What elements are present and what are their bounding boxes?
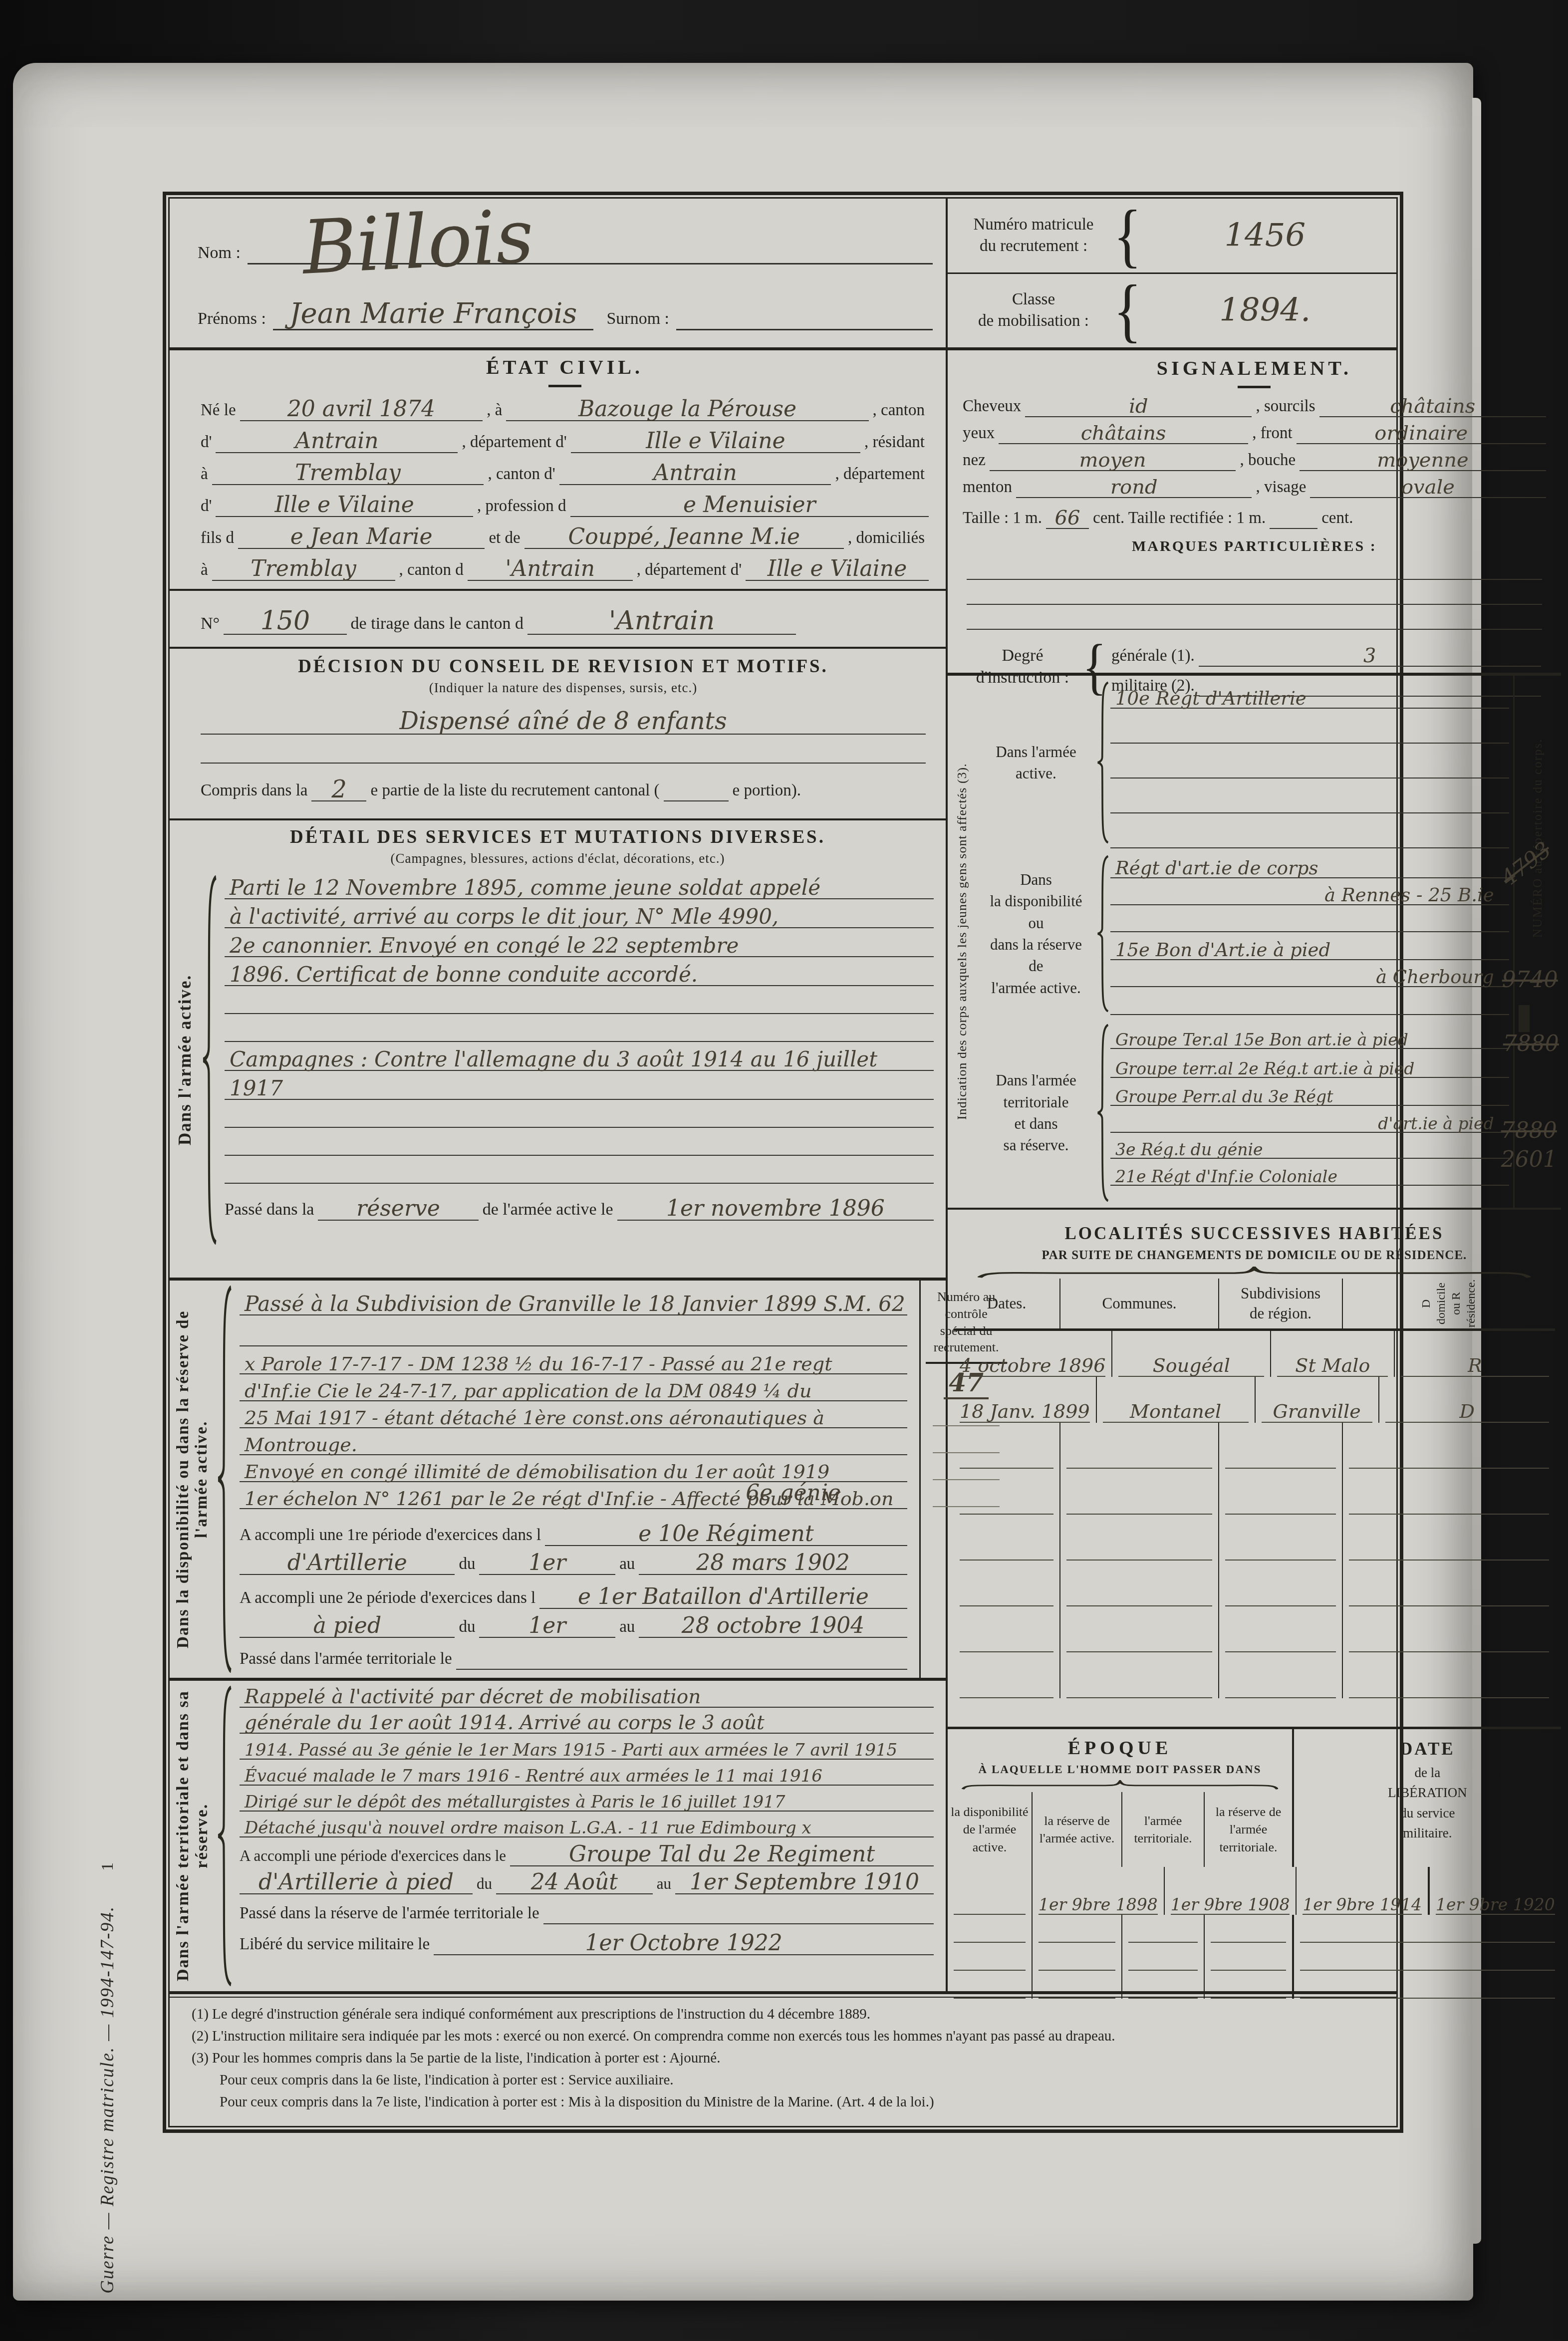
liste-partie-value: 2 <box>311 779 366 801</box>
ruled-line <box>225 1014 934 1042</box>
armee-active-rail: Dans l'armée active. <box>170 870 201 1250</box>
mutation-line: Montrouge. <box>240 1428 907 1455</box>
localites-row: 18 Janv. 1899 Montanel Granville D <box>954 1377 1555 1423</box>
signalement-row: menton rond , visage ovale <box>963 471 1546 498</box>
epoque-value-row: 1er 9bre 1898 1er 9bre 1908 1er 9bre 191… <box>948 1867 1561 1915</box>
ruled-line <box>967 605 1542 630</box>
corps-line: Régt d'art.ie de corps <box>1110 849 1509 878</box>
numero-matricule-label: Numéro matricule du recrutement : <box>959 214 1108 257</box>
epoque-col4-header: la réserve de l'armée territoriale. <box>1204 1792 1292 1867</box>
corps-line: à Cherbourg <box>1110 960 1509 987</box>
footnote-2: (2) L'instruction militaire sera indiqué… <box>192 2025 1376 2047</box>
periode-terr-au: 1er Septembre 1910 <box>675 1872 934 1894</box>
birth-line-2: d' Antrain , département d' Ille e Vilai… <box>201 421 929 453</box>
armee-active-rail-label: Dans l'armée active. <box>170 870 201 1250</box>
service-line: Parti le 12 Novembre 1895, comme jeune s… <box>225 870 934 899</box>
corps-line: 10e Régt d'Artillerie <box>1110 676 1509 709</box>
footnote-1: (1) Le degré d'instruction générale sera… <box>192 2003 1376 2025</box>
numero-repertoire-label: NUMÉRO au répertoire du corps. <box>1515 676 1561 1000</box>
epoque-col2-header: la réserve de l'armée active. <box>1032 1792 1121 1867</box>
domicile-departement: Ille e Vilaine <box>746 558 929 581</box>
loc-subdivision: St Malo <box>1277 1356 1388 1377</box>
decision-subtitle: (Indiquer la nature des dispenses, sursi… <box>201 680 926 696</box>
services-subtitle: (Campagnes, blessures, actions d'éclat, … <box>170 851 946 866</box>
classe-value: 1894. <box>1145 292 1385 329</box>
residence-departement: Ille e Vilaine <box>216 495 473 517</box>
corps-line: Groupe Ter.al 15e Bon art.ie à pied <box>1110 1018 1509 1049</box>
loc-dr: D <box>1385 1402 1549 1423</box>
nom-label: Nom : <box>198 244 241 264</box>
parents-line: fils d e Jean Marie et de Couppé, Jeanne… <box>201 517 929 549</box>
subdivision-line: Passé à la Subdivision de Granville le 1… <box>240 1281 907 1315</box>
curly-brace-icon: { <box>1113 200 1142 271</box>
surnom-label: Surnom : <box>606 309 669 330</box>
father-name: e Jean Marie <box>238 526 485 549</box>
footnote-5: Pour ceux compris dans la 7e liste, l'in… <box>192 2091 1376 2113</box>
horizontal-brace-icon <box>962 1780 1279 1790</box>
nom-row: Nom : Billois <box>198 217 933 264</box>
corps-side-rail: Indication des corps auxquels les jeunes… <box>948 676 977 1208</box>
compris-line: Compris dans la 2 e partie de la liste d… <box>201 764 926 801</box>
ruled-line <box>225 1156 934 1184</box>
disponibilite-content: Passé à la Subdivision de Granville le 1… <box>234 1281 919 1678</box>
bouche-value: moyenne <box>1300 451 1546 471</box>
territoriale-rail-label: Dans l'armée territoriale et dans sa rés… <box>170 1681 216 1991</box>
armee-active-content: Parti le 12 Novembre 1895, comme jeune s… <box>219 870 946 1250</box>
mobilisation-line: Rappelé à l'activité par décret de mobil… <box>240 1681 934 1708</box>
passe-reserve-terr-line: Passé dans la réserve de l'armée territo… <box>240 1894 934 1924</box>
libere-line: Libéré du service militaire le 1er Octob… <box>240 1924 934 1955</box>
form-header: Nom : Billois Prénoms : Jean Marie Franç… <box>170 199 1396 347</box>
surnom-field-empty <box>676 307 933 330</box>
title-dash <box>548 385 581 387</box>
signalement-row: nez moyen , bouche moyenne <box>963 444 1546 471</box>
residence-commune: Tremblay <box>212 463 484 485</box>
localites-header-row: Dates. Communes. Subdivisions de région.… <box>954 1279 1555 1328</box>
passe-territoriale-line: Passé dans l'armée territoriale le <box>240 1638 907 1670</box>
territoriale-rail: Dans l'armée territoriale et dans sa rés… <box>170 1681 216 1991</box>
localites-section: LOCALITÉS SUCCESSIVES HABITÉES PAR SUITE… <box>948 1210 1561 1727</box>
col-header-communes: Communes. <box>1059 1279 1218 1328</box>
sourcils-value: châtains <box>1319 397 1546 417</box>
epoque-row-empty <box>948 1943 1561 1971</box>
periode2-line2: à pied du 1er au 28 octobre 1904 <box>240 1609 907 1638</box>
mutation-line: d'Inf.ie Cie le 24-7-17, par application… <box>240 1374 907 1401</box>
passe-reserve-word: réserve <box>318 1198 478 1221</box>
nez-value: moyen <box>990 451 1236 471</box>
localites-row-empty <box>954 1606 1555 1652</box>
residence-line-1: à Tremblay , canton d' Antrain , départe… <box>201 453 929 485</box>
periode1-du: 1er <box>479 1553 615 1575</box>
service-line: à l'activité, arrivé au corps le dit jou… <box>225 899 934 928</box>
periode2-corps: e 1er Bataillon d'Artillerie <box>539 1586 907 1609</box>
portion-field-empty <box>664 784 729 801</box>
disponibilite-rail: Dans la disponibilité ou dans la réserve… <box>170 1281 216 1678</box>
footnote-3: (3) Pour les hommes compris dans la 5e p… <box>192 2047 1376 2069</box>
taille-value: 66 <box>1046 509 1089 529</box>
classe-mobilisation-cell: Classe de mobilisation : { 1894. <box>948 272 1396 348</box>
parents-domicile-line: à Tremblay , canton d 'Antrain , départe… <box>201 549 929 581</box>
right-column: SIGNALEMENT. Cheveux id , sourcils châta… <box>948 350 1561 1991</box>
epoque-value-territoriale: 1er 9bre 1908 <box>1171 1896 1290 1915</box>
signalement-title: SIGNALEMENT. <box>963 356 1546 380</box>
ruled-line <box>1110 744 1509 779</box>
ruled-line <box>1110 905 1509 932</box>
horizontal-brace-icon <box>978 1267 1531 1279</box>
corps-active-lines: 10e Régt d'Artillerie <box>1110 676 1513 849</box>
decision-value-line: Dispensé aîné de 8 enfants <box>201 696 926 735</box>
numero-matricule-cell: Numéro matricule du recrutement : { 1456 <box>948 199 1396 272</box>
corps-terr-lines: Groupe Ter.al 15e Bon art.ie à pied Grou… <box>1110 1018 1513 1208</box>
nom-field: Billois <box>248 225 933 264</box>
title-dash <box>1238 386 1271 388</box>
signalement-section: SIGNALEMENT. Cheveux id , sourcils châta… <box>948 350 1561 673</box>
birth-date: 20 avril 1874 <box>240 399 483 421</box>
col-header-domicile-residence: D domicile ou R résidence. <box>1342 1279 1555 1328</box>
curly-brace-icon: { <box>1113 275 1142 346</box>
repertoire-number-struck: 9740 <box>1502 967 1558 993</box>
curly-brace-icon <box>1095 849 1110 1018</box>
ruled-line <box>225 1128 934 1156</box>
passe-reserve-date: 1er novembre 1896 <box>617 1198 934 1221</box>
repertoire-number-struck: 7880 <box>1501 1118 1557 1143</box>
corps-terr-label: Dans l'armée territoriale et dans sa rés… <box>977 1018 1095 1208</box>
epoque-value-reserve: 1er 9bre 1898 <box>1039 1896 1158 1915</box>
yeux-value: châtains <box>999 424 1248 444</box>
birth-place: Bazouge la Pérouse <box>506 399 868 421</box>
epoque-col1-header: la disponibilité de l'armée active. <box>948 1792 1032 1867</box>
periode1-corps2: d'Artillerie <box>240 1553 455 1575</box>
corps-active-label: Dans l'armée active. <box>977 676 1095 849</box>
mobilisation-line: générale du 1er août 1914. Arrivé au cor… <box>240 1708 934 1734</box>
ruled-line <box>967 555 1542 580</box>
footnotes-section: (1) Le degré d'instruction générale sera… <box>170 1991 1396 2113</box>
periode1-corps: e 10e Régiment <box>545 1524 907 1546</box>
armee-active-body: Dans l'armée active. Parti le 12 Novembr… <box>170 870 946 1250</box>
periode1-au: 28 mars 1902 <box>639 1553 907 1575</box>
passe-territoriale-field-empty <box>456 1668 907 1670</box>
corps-dispo-group: Dans la disponibilité ou dans la réserve… <box>977 849 1513 1018</box>
cheveux-value: id <box>1025 397 1252 417</box>
periode-terr-du: 24 Août <box>496 1872 653 1894</box>
epoque-title: ÉPOQUE <box>948 1737 1292 1759</box>
demobilisation-line: Envoyé en congé illimité de démobilisati… <box>240 1455 907 1482</box>
ruled-line <box>225 986 934 1014</box>
epoque-row-empty <box>948 1915 1561 1943</box>
services-title: DÉTAIL DES SERVICES ET MUTATIONS DIVERSE… <box>170 826 946 848</box>
corps-dispo-lines: Régt d'art.ie de corps à Rennes - 25 B.i… <box>1110 849 1513 1018</box>
corps-line: à Rennes - 25 B.ie <box>1110 878 1509 905</box>
corps-dispo-label: Dans la disponibilité ou dans la réserve… <box>977 849 1095 1018</box>
epoque-section: ÉPOQUE À LAQUELLE L'HOMME DOIT PASSER DA… <box>948 1727 1561 1991</box>
decision-title: DÉCISION DU CONSEIL DE REVISION ET MOTIF… <box>201 656 926 677</box>
periode2-du: 1er <box>479 1615 615 1638</box>
periode1-line2: d'Artillerie du 1er au 28 mars 1902 <box>240 1546 907 1575</box>
corps-line: 15e Bon d'Art.ie à pied <box>1110 932 1509 960</box>
birth-line-1: Né le 20 avril 1874 , à Bazouge la Pérou… <box>201 389 929 421</box>
localites-row: 4 octobre 1896 Sougéal St Malo R <box>954 1331 1555 1377</box>
corps-line: Groupe Perr.al du 3e Régt <box>1110 1078 1509 1106</box>
domicile-commune: Tremblay <box>212 558 395 581</box>
loc-dr: R <box>1401 1356 1549 1377</box>
loc-date: 4 octobre 1896 <box>960 1356 1105 1377</box>
margin-imprint: Guerre — Registre matricule. — 1994-147-… <box>97 1625 118 2294</box>
nom-value: Billois <box>301 209 534 276</box>
domicile-canton: 'Antrain <box>468 558 633 581</box>
tirage-canton: 'Antrain <box>527 609 796 635</box>
periode2-corps2: à pied <box>240 1615 455 1638</box>
taille-rectifiee-field-empty <box>1270 512 1317 529</box>
corps-terr-group: Dans l'armée territoriale et dans sa rés… <box>977 1018 1513 1208</box>
localites-row-empty <box>954 1423 1555 1469</box>
epoque-header: ÉPOQUE À LAQUELLE L'HOMME DOIT PASSER DA… <box>948 1729 1561 1867</box>
mobilisation-line: 1914. Passé au 3e génie le 1er Mars 1915… <box>240 1734 934 1760</box>
epoque-subtitle: À LAQUELLE L'HOMME DOIT PASSER DANS <box>948 1763 1292 1776</box>
margin-imprint-text: Guerre — Registre matricule. — 1994-147-… <box>97 1906 118 2294</box>
left-column: ÉTAT CIVIL. Né le 20 avril 1874 , à Bazo… <box>170 350 946 1991</box>
mobilisation-affectation-note: 6e génie <box>746 1480 841 1506</box>
signalement-row: yeux châtains , front ordinaire <box>963 417 1546 444</box>
mobilisation-line: Dirigé sur le dépôt des métallurgistes à… <box>240 1786 934 1812</box>
localites-row-empty <box>954 1561 1555 1606</box>
periode2-line1: A accompli une 2e période d'exercices da… <box>240 1578 907 1609</box>
corps-side-label: Indication des corps auxquels les jeunes… <box>948 676 977 1208</box>
matricule-form-inner: Nom : Billois Prénoms : Jean Marie Franç… <box>168 197 1398 2127</box>
epoque-header-left: ÉPOQUE À LAQUELLE L'HOMME DOIT PASSER DA… <box>948 1729 1292 1867</box>
ruled-line <box>240 1315 907 1346</box>
mutation-line: 25 Mai 1917 - étant détaché 1ère const.o… <box>240 1401 907 1428</box>
signalement-row: Cheveux id , sourcils châtains <box>963 390 1546 417</box>
etat-civil-title: ÉTAT CIVIL. <box>201 355 929 379</box>
curly-brace-icon <box>216 1681 234 1991</box>
ruled-line <box>967 580 1542 605</box>
territoriale-section: Dans l'armée territoriale et dans sa rés… <box>170 1681 946 1991</box>
loc-date: 18 Janv. 1899 <box>960 1402 1090 1423</box>
localites-subtitle: PAR SUITE DE CHANGEMENTS DE DOMICILE OU … <box>954 1249 1555 1263</box>
footnote-4: Pour ceux compris dans la 6e liste, l'in… <box>192 2069 1376 2091</box>
campagnes-line: Campagnes : Contre l'allemagne du 3 août… <box>225 1042 934 1071</box>
profession: e Menuisier <box>570 495 929 517</box>
liberation-date-value: 1er 9bre 1920 <box>1436 1896 1555 1915</box>
ruled-line <box>201 735 926 764</box>
etat-civil-section: ÉTAT CIVIL. Né le 20 avril 1874 , à Bazo… <box>170 350 946 589</box>
col-header-subdivisions: Subdivisions de région. <box>1218 1279 1342 1328</box>
periode-terr-line1: A accompli une période d'exercices dans … <box>240 1837 934 1866</box>
residence-line-2: d' Ille e Vilaine , profession d e Menui… <box>201 485 929 517</box>
scan-background: Guerre — Registre matricule. — 1994-147-… <box>0 0 1568 2341</box>
territoriale-content: Rappelé à l'activité par décret de mobil… <box>234 1681 946 1991</box>
liberation-date-header: DATE de la LIBÉRATION du service militai… <box>1292 1729 1561 1867</box>
epoque-col3-header: l'armée territoriale. <box>1121 1792 1204 1867</box>
periode2-au: 28 octobre 1904 <box>639 1615 907 1638</box>
decision-value: Dispensé aîné de 8 enfants <box>201 710 926 735</box>
corps-line: d'art.ie à pied <box>1110 1106 1509 1133</box>
prenoms-label: Prénoms : <box>198 309 266 330</box>
ruled-line <box>225 1100 934 1128</box>
prenoms-value: Jean Marie François <box>273 300 593 330</box>
corps-main: Dans l'armée active. 10e Régt d'Artiller… <box>977 676 1513 1208</box>
margin-page-number: 1 <box>98 1861 117 1871</box>
localites-row-empty <box>954 1469 1555 1515</box>
matricule-block: Numéro matricule du recrutement : { 1456… <box>948 199 1396 347</box>
service-line: 1896. Certificat de bonne conduite accor… <box>225 957 934 986</box>
mother-name: Couppé, Jeanne M.ie <box>524 526 844 549</box>
taille-row: Taille : 1 m. 66 cent. Taille rectifiée … <box>963 498 1546 529</box>
curly-brace-icon <box>201 870 219 1250</box>
epoque-value-reserve-terr: 1er 9bre 1914 <box>1303 1896 1422 1915</box>
corps-line: Groupe terr.al 2e Rég.t art.ie à pied <box>1110 1049 1509 1078</box>
loc-commune: Montanel <box>1103 1402 1249 1423</box>
periode-terr-corps: Groupe Tal du 2e Regiment <box>510 1844 934 1866</box>
decision-section: DÉCISION DU CONSEIL DE REVISION ET MOTIF… <box>170 649 946 818</box>
front-value: ordinaire <box>1297 424 1546 444</box>
matricule-form: Nom : Billois Prénoms : Jean Marie Franç… <box>163 192 1403 2133</box>
visage-value: ovale <box>1310 478 1546 498</box>
scanned-paper-page: Guerre — Registre matricule. — 1994-147-… <box>13 63 1473 2301</box>
mutation-line: x Parole 17-7-17 - DM 1238 ½ du 16-7-17 … <box>240 1346 907 1374</box>
corps-line: 21e Régt d'Inf.ie Coloniale <box>1110 1159 1509 1186</box>
menton-value: rond <box>1016 478 1252 498</box>
passe-reserve-terr-field-empty <box>543 1923 934 1924</box>
services-section: DÉTAIL DES SERVICES ET MUTATIONS DIVERSE… <box>170 820 946 1278</box>
periode1-line1: A accompli une 1re période d'exercices d… <box>240 1515 907 1546</box>
residence-canton: Antrain <box>559 463 831 485</box>
curly-brace-icon <box>216 1281 234 1678</box>
numero-matricule-value: 1456 <box>1145 217 1385 254</box>
localites-row-empty <box>954 1652 1555 1698</box>
loc-subdivision: Granville <box>1262 1402 1372 1423</box>
mobilisation-line: Évacué malade le 7 mars 1916 - Rentré au… <box>240 1760 934 1786</box>
ruled-line <box>1110 779 1509 813</box>
periode-terr-line2: d'Artillerie à pied du 24 Août au 1er Se… <box>240 1866 934 1894</box>
loc-commune: Sougéal <box>1118 1356 1264 1377</box>
disponibilite-section: Dans la disponibilité ou dans la réserve… <box>170 1281 946 1678</box>
ruled-line <box>1110 813 1509 848</box>
curly-brace-icon <box>1095 1018 1110 1208</box>
strip-ink-mark <box>1519 1005 1530 1032</box>
repertoire-number-struck: 7880 <box>1503 1031 1559 1056</box>
birth-canton: Antrain <box>216 431 458 453</box>
service-line: 2e canonnier. Envoyé en congé le 22 sept… <box>225 928 934 957</box>
classe-label: Classe de mobilisation : <box>959 289 1108 332</box>
localites-row-empty <box>954 1515 1555 1561</box>
identity-block: Nom : Billois Prénoms : Jean Marie Franç… <box>170 199 946 347</box>
mobilisation-line: Détaché jusqu'à nouvel ordre maison L.G.… <box>240 1812 934 1837</box>
instruction-generale-value: 3 <box>1199 646 1541 667</box>
instruction-generale-row: générale (1). 3 <box>1111 637 1541 667</box>
ruled-line <box>1110 709 1509 744</box>
ruled-line <box>1110 987 1509 1015</box>
passe-reserve-line: Passé dans la réserve de l'armée active … <box>225 1184 934 1221</box>
form-main: ÉTAT CIVIL. Né le 20 avril 1874 , à Bazo… <box>170 350 1396 1991</box>
repertoire-number: 2601 <box>1501 1147 1557 1172</box>
corps-affectation-section: Indication des corps auxquels les jeunes… <box>948 676 1561 1208</box>
marques-label: MARQUES PARTICULIÈRES : <box>963 538 1546 555</box>
corps-line: 3e Rég.t du génie <box>1110 1133 1509 1159</box>
periode-terr-corps2: d'Artillerie à pied <box>240 1872 473 1894</box>
birth-departement: Ille e Vilaine <box>571 431 860 453</box>
col-header-dates: Dates. <box>954 1279 1059 1328</box>
disponibilite-rail-label: Dans la disponibilité ou dans la réserve… <box>170 1281 216 1678</box>
campagnes-line: 1917 <box>225 1071 934 1100</box>
libere-date: 1er Octobre 1922 <box>434 1933 934 1955</box>
tirage-section: N° 150 de tirage dans le canton d 'Antra… <box>170 591 946 647</box>
localites-title: LOCALITÉS SUCCESSIVES HABITÉES <box>954 1224 1555 1244</box>
tirage-number: 150 <box>224 609 346 635</box>
epoque-columns: la disponibilité de l'armée active. la r… <box>948 1792 1292 1867</box>
curly-brace-icon <box>1095 676 1110 849</box>
corps-active-group: Dans l'armée active. 10e Régt d'Artiller… <box>977 676 1513 849</box>
